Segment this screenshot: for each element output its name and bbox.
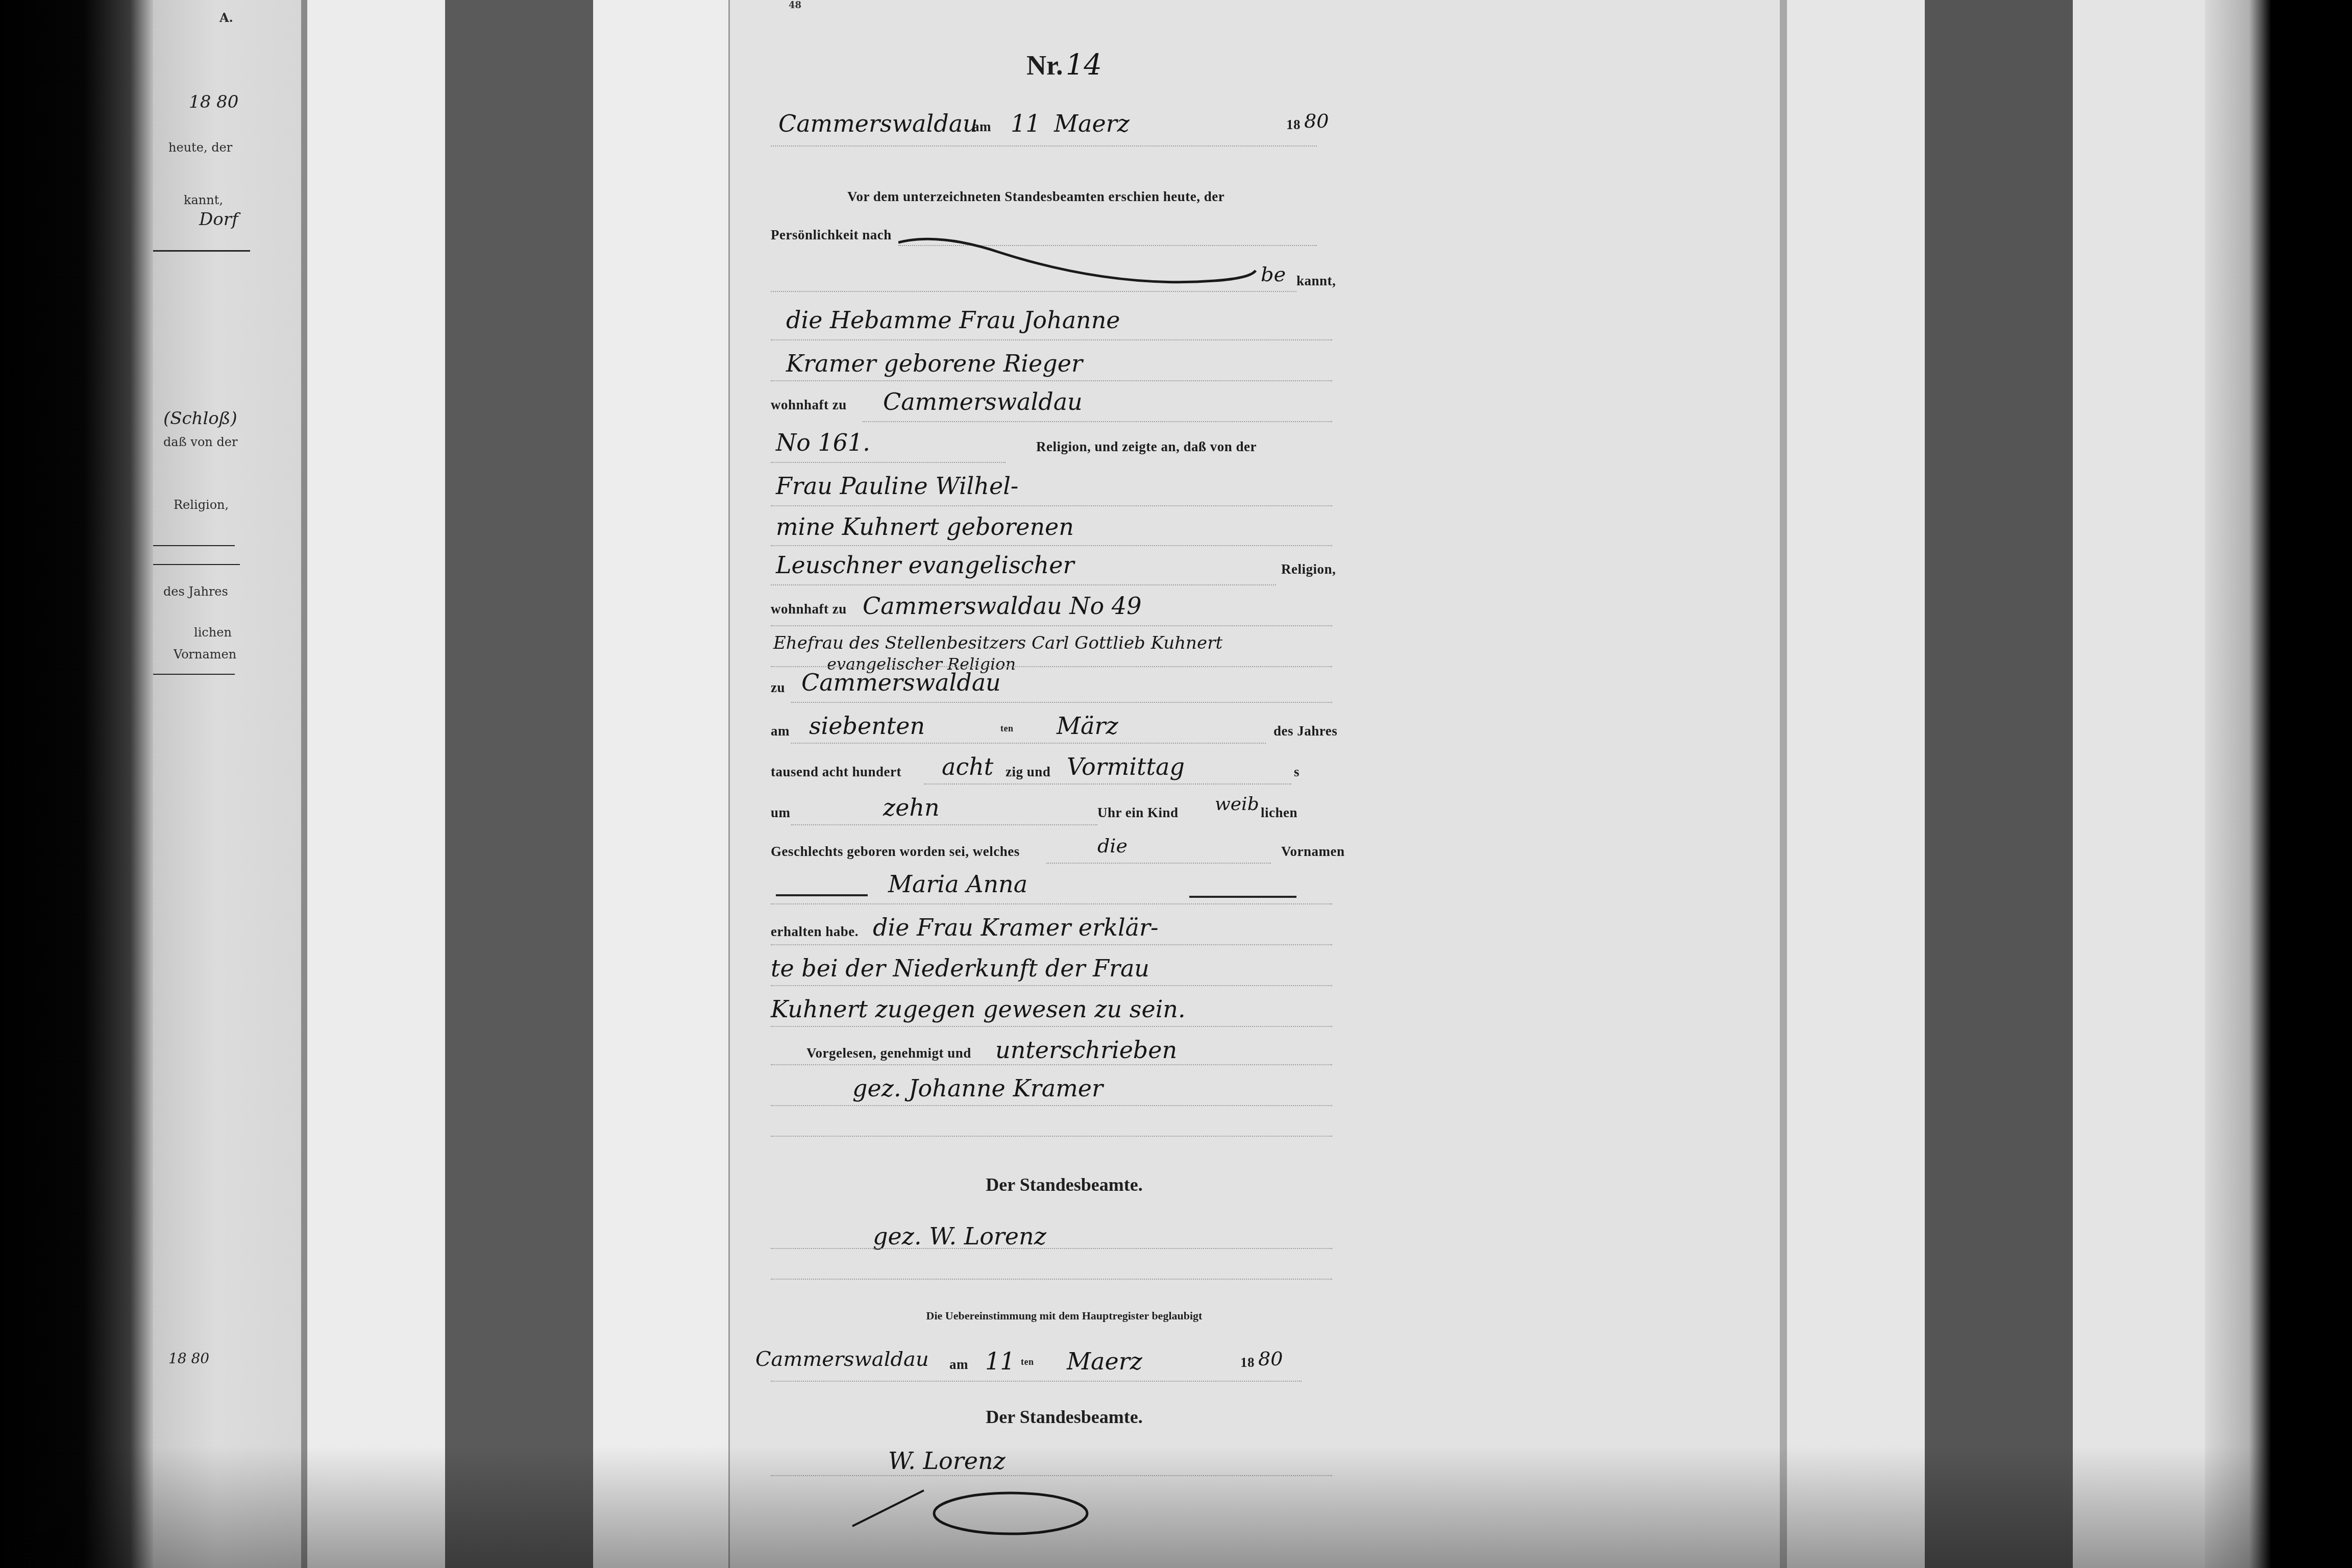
name-rule-right xyxy=(1189,896,1296,898)
geschlechts-text: Geschlechts geboren worden sei, welches xyxy=(771,844,1020,860)
month: Maerz xyxy=(1054,110,1130,137)
officer-signature: gez. W. Lorenz xyxy=(873,1222,1460,1250)
informant-line-1: die Hebamme Frau Johanne xyxy=(786,306,1373,334)
residence-value: Cammerswaldau xyxy=(883,388,1083,415)
left-page-edge xyxy=(301,0,307,1568)
page-mark: 48 xyxy=(789,0,801,11)
dark-band-right xyxy=(1925,0,2073,1568)
religion-label: Religion, xyxy=(1281,561,1336,577)
left-rule-2 xyxy=(153,545,235,546)
time-suffix: s xyxy=(1294,764,1300,780)
um-label: um xyxy=(771,805,791,821)
left-line-4: (Schloß) xyxy=(163,408,237,429)
identity-handwritten: be xyxy=(1261,263,1286,286)
cert-year-prefix: 18 xyxy=(1240,1355,1255,1370)
left-line-6: Religion, xyxy=(174,498,229,512)
birthplace-label: zu xyxy=(771,680,785,696)
zig-und: zig und xyxy=(1006,764,1050,780)
left-rule-3 xyxy=(153,564,240,565)
birth-month: März xyxy=(1057,712,1118,740)
husband-line: Ehefrau des Stellenbesitzers Carl Gottli… xyxy=(773,633,1360,653)
uhr-text: Uhr ein Kind xyxy=(1097,805,1179,821)
cert-place: Cammerswaldau xyxy=(755,1347,929,1371)
number-value: 14 xyxy=(1066,48,1102,82)
remark-line-3: Kuhnert zugegen gewesen zu sein. xyxy=(771,995,1358,1023)
film-vignette-left xyxy=(0,0,153,1568)
erhalten-label: erhalten habe. xyxy=(771,924,859,940)
right-margin-strip xyxy=(2073,0,2206,1568)
vornamen-label: Vornamen xyxy=(1281,844,1345,860)
mother-residence-value: Cammerswaldau No 49 xyxy=(863,592,1141,620)
left-line-5: daß von der xyxy=(163,435,237,449)
time-of-day: Vormittag xyxy=(1067,753,1185,780)
left-line-3: Dorf xyxy=(199,209,238,230)
left-footer-year: 18 80 xyxy=(168,1350,209,1367)
left-line-2: kannt, xyxy=(184,193,223,207)
mother-residence-label: wohnhaft zu xyxy=(771,601,847,617)
approval-label: Vorgelesen, genehmigt und xyxy=(806,1045,971,1061)
identity-label: Persönlichkeit nach xyxy=(771,227,892,242)
film-vignette-right xyxy=(2205,0,2352,1568)
am-label: am xyxy=(972,119,991,135)
cert-ten: ten xyxy=(1021,1357,1034,1367)
day: 11 xyxy=(1011,110,1041,137)
left-page-strip xyxy=(153,0,311,1568)
mother-line-1: Frau Pauline Wilhel- xyxy=(776,472,1363,500)
mother-line-2: mine Kuhnert geborenen xyxy=(776,513,1363,541)
left-line-8: lichen xyxy=(194,625,232,640)
left-year: 18 80 xyxy=(189,92,238,112)
birth-day: siebenten xyxy=(809,712,925,740)
year-prefix: 18 xyxy=(1286,117,1301,133)
cert-heading: Der Standesbeamte. xyxy=(771,1406,1358,1428)
officer-heading: Der Standesbeamte. xyxy=(771,1174,1358,1195)
child-name: Maria Anna xyxy=(888,870,1475,898)
register-page-edge xyxy=(1780,0,1787,1568)
religion-text: Religion, und zeigte an, daß von der xyxy=(1036,439,1257,455)
cert-month: Maerz xyxy=(1067,1347,1142,1375)
name-rule-left xyxy=(776,894,868,896)
cert-day: 11 xyxy=(985,1347,1015,1375)
informant-line-2: Kramer geborene Rieger xyxy=(786,350,1373,377)
year-decade: acht xyxy=(942,753,993,780)
left-line-7: des Jahres xyxy=(163,584,228,599)
year-suffix: 80 xyxy=(1304,110,1329,132)
remark-line-2: te bei der Niederkunft der Frau xyxy=(771,954,1358,982)
sex: weib xyxy=(1215,794,1259,815)
record-number: Nr. 14 xyxy=(771,48,1358,82)
signature-flourish xyxy=(847,1460,1102,1541)
identity-strike-stroke xyxy=(898,232,1286,288)
cert-year-suffix: 80 xyxy=(1258,1347,1283,1370)
cert-am: am xyxy=(949,1357,968,1373)
residence-number: No 161. xyxy=(776,429,870,456)
ten-suffix: ten xyxy=(1000,723,1014,734)
left-rule-4 xyxy=(153,674,235,675)
right-inner-strip xyxy=(1787,0,1925,1568)
left-rule-1 xyxy=(153,250,250,252)
left-corner-mark: A. xyxy=(219,10,233,25)
left-line-9: Vornamen xyxy=(174,647,236,661)
identity-suffix: kannt, xyxy=(1296,273,1336,289)
year-printed: tausend acht hundert xyxy=(771,764,901,780)
birthplace-value: Cammerswaldau xyxy=(801,669,1001,696)
intro-text: Vor dem unterzeichneten Standesbeamten e… xyxy=(847,189,1434,205)
hour: zehn xyxy=(883,794,940,821)
residence-label: wohnhaft zu xyxy=(771,397,847,413)
dark-band-left xyxy=(445,0,593,1568)
left-margin-strip xyxy=(307,0,445,1568)
approval-value: unterschrieben xyxy=(995,1036,1177,1064)
number-label: Nr. xyxy=(1026,50,1063,81)
left-inner-strip xyxy=(593,0,728,1568)
article: die xyxy=(1097,835,1128,857)
left-line-1: heute, der xyxy=(168,140,232,155)
mother-line-3: Leuschner evangelischer xyxy=(776,551,1074,579)
des-jahres: des Jahres xyxy=(1273,723,1337,739)
place: Cammerswaldau xyxy=(778,110,978,137)
am-label-2: am xyxy=(771,723,790,739)
remark-line-1: die Frau Kramer erklär- xyxy=(873,914,1159,941)
informant-signature: gez. Johanne Kramer xyxy=(852,1074,1439,1102)
lichen: lichen xyxy=(1261,805,1297,821)
certification-text: Die Uebereinstimmung mit dem Hauptregist… xyxy=(771,1309,1358,1322)
